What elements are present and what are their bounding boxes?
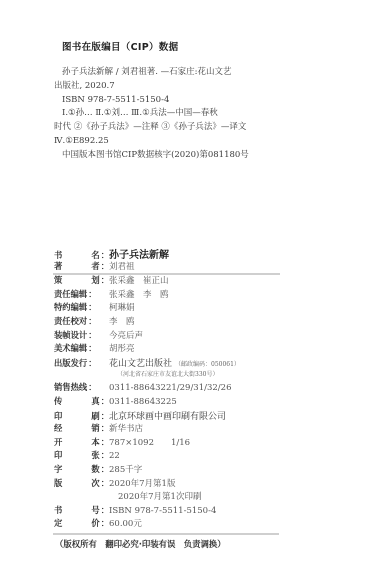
- label-price: 定价：: [54, 517, 109, 529]
- label-edition: 版次：: [54, 477, 109, 489]
- row-sales-hotline: 销售热线： 0311-88643221/29/31/32/26: [54, 381, 294, 395]
- label-printer: 印刷：: [54, 410, 109, 422]
- label-word-count: 字数：: [54, 463, 109, 475]
- divider-top: [53, 273, 280, 275]
- row-distributor: 经销： 新华书店: [54, 422, 294, 436]
- value-printing: 2020年7月第1次印刷: [54, 490, 294, 504]
- value-isbn: ISBN 978-7-5511-5150-4: [109, 506, 216, 516]
- value-planner: 张采鑫 崔正山: [109, 274, 169, 286]
- row-publisher: 出版发行： 花山文艺出版社 （邮政编码：050061）: [54, 356, 294, 370]
- copyright-notice: （版权所有 翻印必究·印装有误 负责调换）: [55, 538, 226, 550]
- value-sales-hotline: 0311-88643221/29/31/32/26: [109, 383, 232, 393]
- value-publisher-address: （河北省石家庄市友谊北大街330号）: [54, 369, 294, 381]
- value-word-count: 285千字: [109, 463, 142, 475]
- row-art-editor: 美术编辑： 胡彤亮: [54, 342, 294, 356]
- cip-line-publisher: 出版社, 2020.7: [54, 80, 334, 94]
- label-fax: 传真：: [54, 395, 109, 407]
- row-printer: 印刷： 北京环球画中画印刷有限公司: [54, 409, 294, 423]
- cip-line-approval-number: 中国版本图书馆CIP数据核字(2020)第081180号: [54, 149, 334, 163]
- label-proofreader: 责任校对：: [54, 315, 109, 327]
- value-distributor: 新华书店: [109, 422, 143, 434]
- row-planner: 策划： 张采鑫 崔正山: [54, 274, 294, 288]
- row-binding-design: 装帧设计： 今亮后声: [54, 329, 294, 343]
- label-format: 开本：: [54, 436, 109, 448]
- cip-line-subjects: Ⅰ.①孙… Ⅱ.①刘… Ⅲ.①兵法—中国—春秋: [54, 107, 334, 121]
- label-art-editor: 美术编辑：: [54, 342, 109, 354]
- cip-line-title: 孙子兵法新解 / 刘君祖著. —石家庄:花山文艺: [54, 66, 334, 80]
- row-author: 著者： 刘君祖: [54, 260, 294, 274]
- value-binding-design: 今亮后声: [109, 329, 143, 341]
- cip-line-classification: Ⅳ.①E892.25: [54, 135, 334, 149]
- row-contract-editor: 特约编辑： 柯琳娟: [54, 301, 294, 315]
- row-book-name: 书名： 孙子兵法新解: [54, 246, 294, 260]
- row-sheets: 印张： 22: [54, 449, 294, 463]
- value-editor-in-charge: 张采鑫 李 鸥: [109, 288, 169, 300]
- cip-line-isbn: ISBN 978-7-5511-5150-4: [54, 94, 334, 108]
- label-publisher: 出版发行：: [54, 357, 109, 369]
- label-sales-hotline: 销售热线：: [54, 381, 109, 393]
- value-art-editor: 胡彤亮: [109, 342, 135, 354]
- row-isbn: 书号： ISBN 978-7-5511-5150-4: [54, 504, 294, 518]
- value-price: 60.00元: [109, 517, 142, 529]
- row-proofreader: 责任校对： 李 鸥: [54, 315, 294, 329]
- label-binding-design: 装帧设计：: [54, 329, 109, 341]
- row-format: 开本： 787×1092 1/16: [54, 436, 294, 450]
- label-planner: 策划：: [54, 274, 109, 286]
- value-format: 787×1092 1/16: [109, 436, 190, 448]
- label-sheets: 印张：: [54, 449, 109, 461]
- label-editor-in-charge: 责任编辑：: [54, 288, 109, 300]
- label-author: 著者：: [54, 260, 109, 272]
- value-postcode: （邮政编码：050061）: [175, 359, 240, 368]
- value-author: 刘君祖: [109, 260, 135, 272]
- row-editor-in-charge: 责任编辑： 张采鑫 李 鸥: [54, 288, 294, 302]
- value-contract-editor: 柯琳娟: [109, 301, 135, 313]
- row-word-count: 字数： 285千字: [54, 463, 294, 477]
- value-publisher: 花山文艺出版社: [109, 356, 172, 369]
- label-isbn: 书号：: [54, 504, 109, 516]
- value-proofreader: 李 鸥: [109, 315, 135, 327]
- value-edition: 2020年7月第1版: [109, 477, 175, 489]
- colophon-info: 书名： 孙子兵法新解 著者： 刘君祖 策划： 张采鑫 崔正山 责任编辑： 张采鑫…: [54, 246, 294, 531]
- value-printer: 北京环球画中画印刷有限公司: [109, 409, 226, 422]
- cip-line-subjects-cont: 时代 ②《孙子兵法》—注释 ③《孙子兵法》—译文: [54, 121, 334, 135]
- row-price: 定价： 60.00元: [54, 517, 294, 531]
- cip-title: 图书在版编目（CIP）数据: [62, 39, 178, 53]
- label-distributor: 经销：: [54, 422, 109, 434]
- row-fax: 传真： 0311-88643225: [54, 395, 294, 409]
- value-fax: 0311-88643225: [109, 397, 177, 407]
- row-edition: 版次： 2020年7月第1版: [54, 477, 294, 491]
- value-sheets: 22: [109, 451, 120, 461]
- label-contract-editor: 特约编辑：: [54, 301, 109, 313]
- cip-record: 孙子兵法新解 / 刘君祖著. —石家庄:花山文艺 出版社, 2020.7 ISB…: [54, 66, 334, 163]
- divider-bottom: [53, 533, 279, 535]
